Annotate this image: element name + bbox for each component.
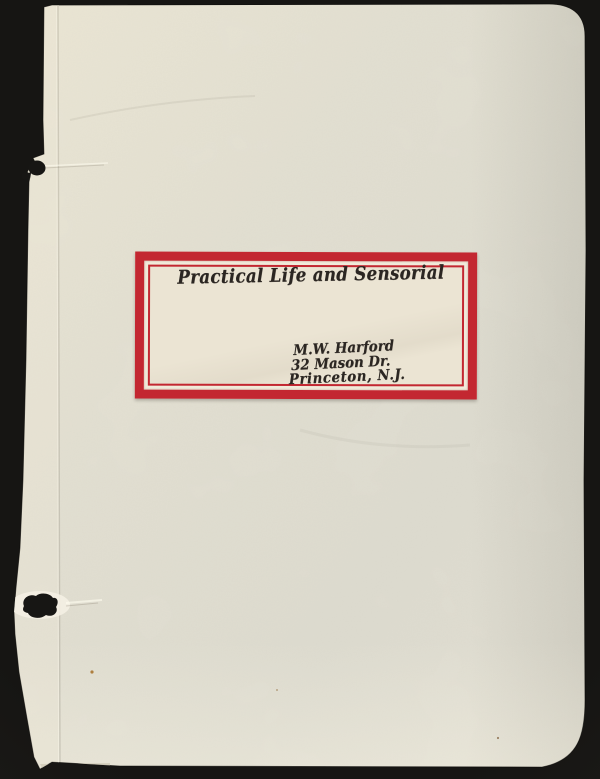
cover-title: Practical Life and Sensorial — [177, 262, 444, 289]
torn-notch-hole-tail — [22, 172, 31, 180]
paper-speck — [90, 670, 93, 673]
torn-notch-hole — [29, 161, 46, 176]
paper-speck — [497, 737, 499, 739]
cover-label-inner: Practical Life and Sensorial M.W. Harfor… — [148, 265, 464, 387]
scan-photo-background: Practical Life and Sensorial M.W. Harfor… — [0, 0, 600, 779]
cover-label: Practical Life and Sensorial M.W. Harfor… — [135, 252, 477, 400]
paper-bottom-sheen — [0, 640, 600, 779]
owner-address-block: M.W. Harford 32 Mason Dr. Princeton, N.J… — [293, 339, 406, 388]
paper-speck — [276, 689, 278, 691]
spine-fold-strip — [12, 0, 59, 779]
owner-address-line2: Princeton, N.J. — [289, 368, 406, 388]
